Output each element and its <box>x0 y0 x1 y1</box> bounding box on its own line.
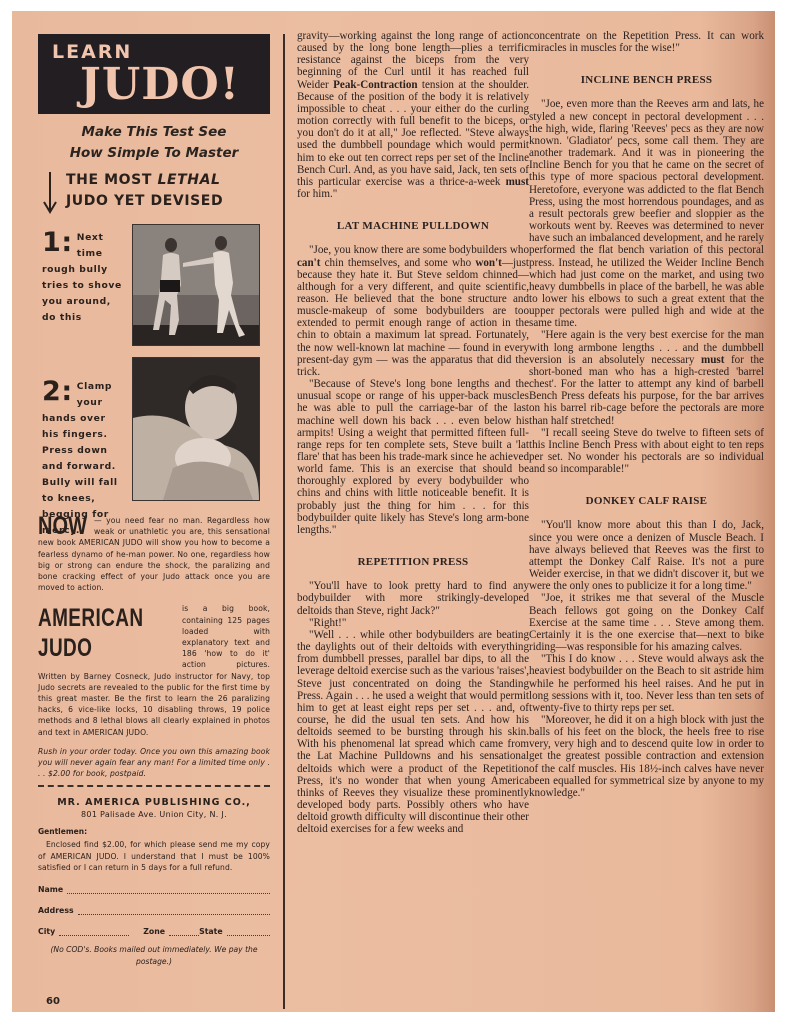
column-divider <box>283 34 285 1009</box>
article-paragraph: "Because of Steve's long bone lengths an… <box>297 378 529 536</box>
ad-tagline: Make This Test See How Simple To Master <box>38 122 270 164</box>
section-heading-incline-bench: INCLINE BENCH PRESS <box>529 74 764 86</box>
ad-american-judo-paragraph: AMERICAN JUDO is a big book, containing … <box>38 603 270 737</box>
article-column-right: concentrate on the Repetition Press. It … <box>529 30 764 799</box>
article-paragraph: "Well . . . while other bodybuilders are… <box>297 629 529 836</box>
name-field[interactable]: Name <box>38 885 270 894</box>
coupon-footnote: (No COD's. Books mailed out immediately.… <box>38 944 270 967</box>
article-paragraph: gravity—working against the long range o… <box>297 30 529 200</box>
article-paragraph: "Here again is the very best exercise fo… <box>529 329 764 426</box>
article-paragraph: "Joe, you know there are some bodybuilde… <box>297 244 529 378</box>
article-paragraph: "Joe, it strikes me that several of the … <box>529 592 764 653</box>
ad-lethal-heading: THE MOST LETHAL JUDO YET DEVISED <box>38 170 270 212</box>
tagline-line-2: How Simple To Master <box>38 143 270 164</box>
banner-judo: JUDO! <box>80 60 240 110</box>
section-heading-lat-machine: LAT MACHINE PULLDOWN <box>297 220 529 232</box>
step-number: 1: <box>42 230 73 256</box>
ad-banner: LEARN JUDO! <box>38 34 270 114</box>
article-paragraph: "Right!" <box>297 617 529 629</box>
section-heading-repetition-press: REPETITION PRESS <box>297 556 529 568</box>
photo-bully-shove <box>132 224 260 346</box>
coupon-salutation: Gentlemen: <box>38 827 270 836</box>
article-paragraph: "You'll know more about this than I do, … <box>529 519 764 592</box>
publisher-name: MR. AMERICA PUBLISHING CO., <box>38 797 270 808</box>
article-paragraph: "This I do know . . . Steve would always… <box>529 653 764 714</box>
city-zone-state-fields[interactable]: City Zone State <box>38 927 270 936</box>
step-1: 1: Next time rough bully tries to shove … <box>38 220 270 345</box>
article-paragraph: "Joe, even more than the Reeves arm and … <box>529 98 764 329</box>
zone-field[interactable] <box>169 927 199 936</box>
article-paragraph: concentrate on the Repetition Press. It … <box>529 30 764 54</box>
city-field[interactable] <box>59 927 129 936</box>
article-paragraph: "I recall seeing Steve do twelve to fift… <box>529 427 764 476</box>
ad-now-paragraph: NOW — you need fear no man. Regardless h… <box>38 515 270 593</box>
state-field[interactable] <box>227 927 270 936</box>
coupon-body: Enclosed find $2.00, for which please se… <box>38 839 270 873</box>
tagline-line-1: Make This Test See <box>38 122 270 143</box>
article-paragraph: "You'll have to look pretty hard to find… <box>297 580 529 616</box>
judo-advertisement: LEARN JUDO! Make This Test See How Simpl… <box>38 34 270 967</box>
coupon-cut-line <box>38 785 270 787</box>
step-2: 2: Clamp your hands over his fingers. Pr… <box>38 357 270 505</box>
photo-wrist-lock <box>132 357 260 501</box>
page-number: 60 <box>46 996 60 1007</box>
down-arrow-icon <box>43 172 57 214</box>
magazine-page: LEARN JUDO! Make This Test See How Simpl… <box>12 11 775 1012</box>
section-heading-donkey-calf: DONKEY CALF RAISE <box>529 495 764 507</box>
publisher-address: 801 Palisade Ave. Union City, N. J. <box>38 810 270 819</box>
ad-rush-order: Rush in your order today. Once you own t… <box>38 746 270 780</box>
article-column-middle: gravity—working against the long range o… <box>297 30 529 836</box>
article-paragraph: "Moreover, he did it on a high block wit… <box>529 714 764 799</box>
address-field[interactable]: Address <box>38 906 270 915</box>
step-number: 2: <box>42 379 73 405</box>
